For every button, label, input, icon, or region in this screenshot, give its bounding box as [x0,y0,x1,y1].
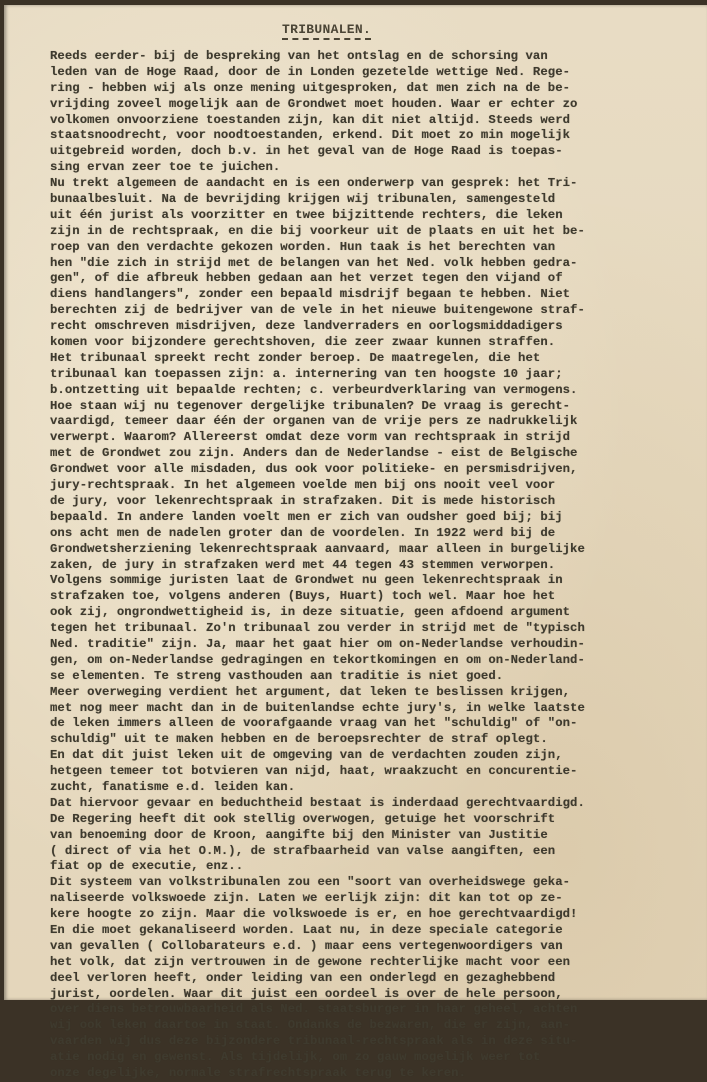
text-line: ( direct of via het O.M.), de strafbaarh… [50,844,707,860]
text-line: zucht, fanatisme e.d. leiden kan. [50,780,707,796]
text-line: de leken immers alleen de voorafgaande v… [50,716,707,732]
text-line: recht omschreven misdrijven, deze landve… [50,319,707,335]
text-line: schuldig" uit te maken hebben en de bero… [50,732,707,748]
text-line: Meer overweging verdient het argument, d… [50,685,707,701]
text-line: se elementen. Te streng vasthouden aan t… [50,669,707,685]
text-line: zijn in de rechtspraak, en die bij voork… [50,224,707,240]
text-line: bunaalbesluit. Na de bevrijding krijgen … [50,192,707,208]
text-line: vrijding zoveel mogelijk aan de Grondwet… [50,97,707,113]
text-line: ook zij, ongrondwettigheid is, in deze s… [50,605,707,621]
text-line: Dat hiervoor gevaar en beduchtheid besta… [50,796,707,812]
text-line: fiat op de executie, enz.. [50,859,707,875]
text-line: zaken, de jury in strafzaken werd met 44… [50,558,707,574]
text-line: naliseerde volkswoede zijn. Laten we eer… [50,891,707,907]
text-line: kere hoogte zo zijn. Maar die volkswoede… [50,907,707,923]
text-line: met de Grondwet zou zijn. Anders dan de … [50,446,707,462]
text-line: gen, om on-Nederlandse gedragingen en te… [50,653,707,669]
text-line: strafzaken toe, volgens anderen (Buys, H… [50,589,707,605]
text-line: het volk, dat zijn vertrouwen in de gewo… [50,955,707,971]
text-line: Hoe staan wij nu tegenover dergelijke tr… [50,399,707,415]
document-title: TRIBUNALEN. [282,22,371,40]
text-line: volkomen onvoorziene toestanden zijn, ka… [50,113,707,129]
text-line: roep van den verdachte gekozen worden. H… [50,240,707,256]
typewritten-page: TRIBUNALEN. Reeds eerder- bij de besprek… [4,5,707,1000]
text-line: van gevallen ( Collobarateurs e.d. ) maa… [50,939,707,955]
text-line: Volgens sommige juristen laat de Grondwe… [50,573,707,589]
document-body: Reeds eerder- bij de bespreking van het … [50,49,707,1000]
text-line: Dit systeem van volkstribunalen zou een … [50,875,707,891]
text-line: b.ontzetting uit bepaalde rechten; c. ve… [50,383,707,399]
text-line: Ned. traditie" zijn. Ja, maar het gaat h… [50,637,707,653]
text-line: Grondwetsherziening lekenrechtspraak aan… [50,542,707,558]
text-line: Grondwet voor alle misdaden, dus ook voo… [50,462,707,478]
text-line: Reeds eerder- bij de bespreking van het … [50,49,707,65]
text-line: gen", of die afbreuk hebben gedaan aan h… [50,271,707,287]
text-line: sing ervan zeer toe te juichen. [50,160,707,176]
text-line: ons acht men de nadelen groter dan de vo… [50,526,707,542]
text-line: Nu trekt algemeen de aandacht en is een … [50,176,707,192]
text-line: vaardigd, temeer daar één der organen va… [50,414,707,430]
text-line: met nog meer macht dan in de buitenlands… [50,701,707,717]
text-line: berechten zij de bedrijver van de vele i… [50,303,707,319]
text-line: deel verloren heeft, onder leiding van e… [50,971,707,987]
text-line: jury-rechtspraak. In het algemeen voelde… [50,478,707,494]
text-line: van benoeming door de Kroon, aangifte bi… [50,828,707,844]
text-line: komen voor bijzondere gerechtshoven, die… [50,335,707,351]
text-line: uitgebreid worden, doch b.v. in het geva… [50,144,707,160]
text-line: jurist, oordelen. Waar dit juist een oor… [50,987,707,1000]
text-line: tegen het tribunaal. Zo'n tribunaal zou … [50,621,707,637]
text-line: En dat dit juist leken uit de omgeving v… [50,748,707,764]
text-line: leden van de Hoge Raad, door de in Londe… [50,65,707,81]
text-line: verwerpt. Waarom? Allereerst omdat deze … [50,430,707,446]
text-line: hetgeen temeer tot botvieren van nijd, h… [50,764,707,780]
text-line: tribunaal kan toepassen zijn: a. interne… [50,367,707,383]
text-line: uit één jurist als voorzitter en twee bi… [50,208,707,224]
text-line: En die moet gekanaliseerd worden. Laat n… [50,923,707,939]
text-line: staatsnoodrecht, voor noodtoestanden, er… [50,128,707,144]
text-line: hen "die zich in strijd met de belangen … [50,256,707,272]
text-line: Het tribunaal spreekt recht zonder beroe… [50,351,707,367]
text-line: ring - hebben wij als onze mening uitges… [50,81,707,97]
text-line: de jury, voor lekenrechtspraak in strafz… [50,494,707,510]
text-line: diens handlangers", zonder een bepaald m… [50,287,707,303]
text-line: De Regering heeft dit ook stellig overwo… [50,812,707,828]
text-line: bepaald. In andere landen voelt men er z… [50,510,707,526]
